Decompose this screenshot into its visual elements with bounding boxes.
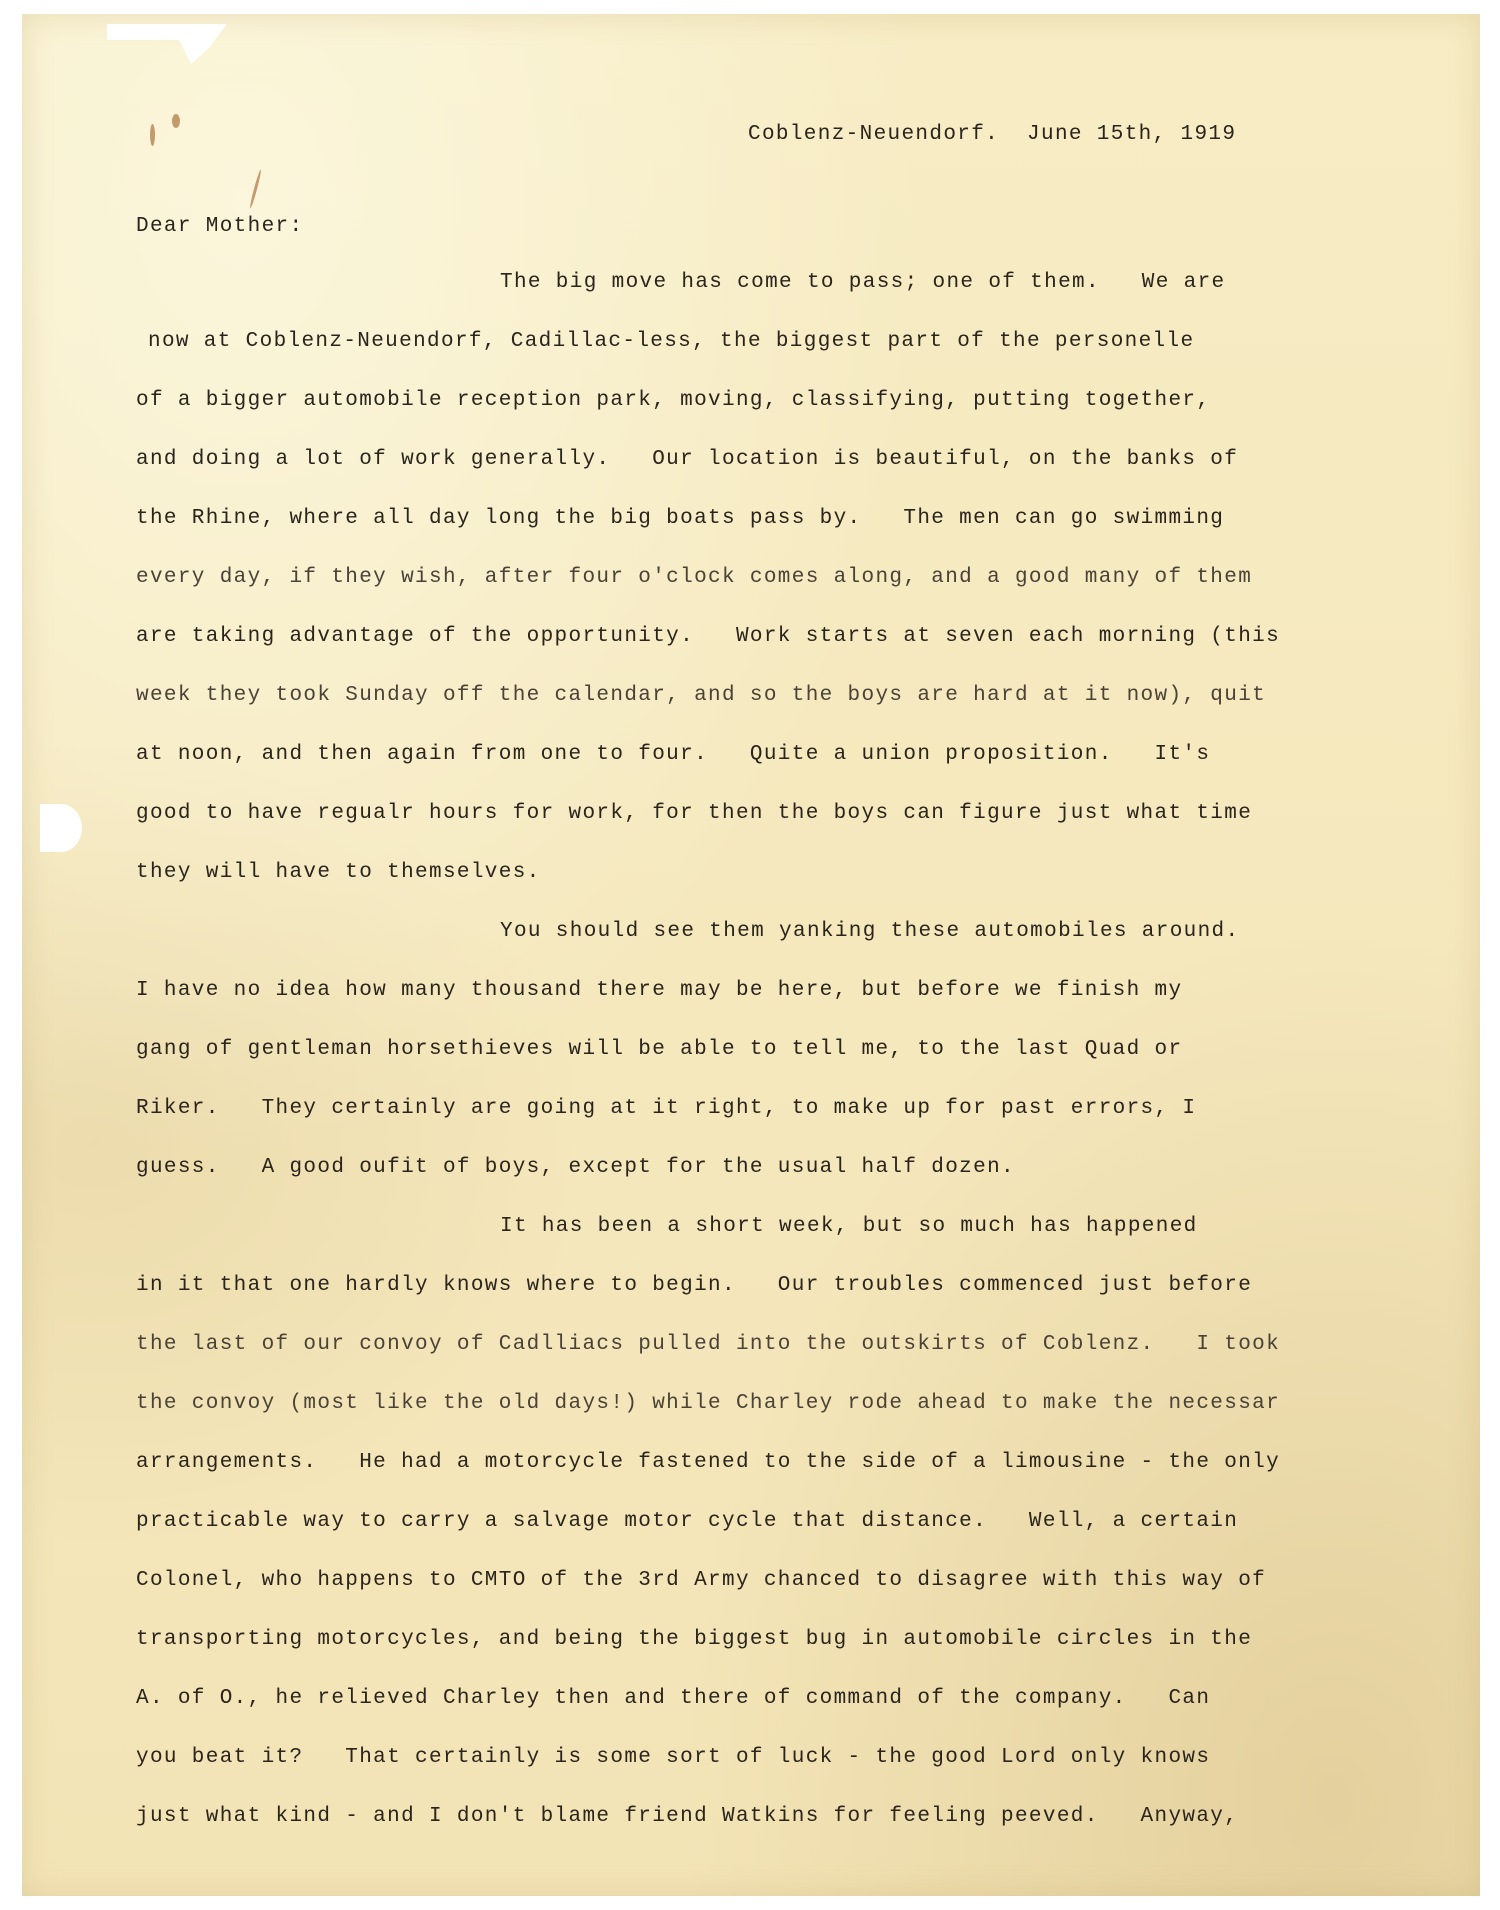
body-line: in it that one hardly knows where to beg… — [136, 1273, 1252, 1299]
rust-stain — [150, 124, 155, 146]
body-line: of a bigger automobile reception park, m… — [136, 388, 1210, 414]
body-line: and doing a lot of work generally. Our l… — [136, 447, 1238, 473]
body-line: the Rhine, where all day long the big bo… — [136, 506, 1224, 532]
torn-corner — [107, 24, 227, 64]
body-line: guess. A good oufit of boys, except for … — [136, 1155, 1015, 1181]
body-line: You should see them yanking these automo… — [500, 919, 1239, 945]
letter-page — [22, 14, 1480, 1896]
body-line: the convoy (most like the old days!) whi… — [136, 1391, 1280, 1417]
body-line: Riker. They certainly are going at it ri… — [136, 1096, 1196, 1122]
body-line: every day, if they wish, after four o'cl… — [136, 565, 1252, 591]
body-line: Colonel, who happens to CMTO of the 3rd … — [136, 1568, 1266, 1594]
torn-edge-notch — [40, 804, 82, 852]
body-line: The big move has come to pass; one of th… — [500, 270, 1226, 296]
body-line: week they took Sunday off the calendar, … — [136, 683, 1266, 709]
rust-stain — [172, 114, 180, 128]
salutation: Dear Mother: — [136, 214, 303, 240]
body-line: are taking advantage of the opportunity.… — [136, 624, 1280, 650]
body-line: It has been a short week, but so much ha… — [500, 1214, 1198, 1240]
dateline: Coblenz-Neuendorf. June 15th, 1919 — [748, 122, 1236, 148]
body-line: the last of our convoy of Cadlliacs pull… — [136, 1332, 1280, 1358]
rust-stain — [249, 169, 262, 208]
body-line: at noon, and then again from one to four… — [136, 742, 1210, 768]
body-line: they will have to themselves. — [136, 860, 541, 886]
body-line: now at Coblenz-Neuendorf, Cadillac-less,… — [148, 329, 1194, 355]
body-line: practicable way to carry a salvage motor… — [136, 1509, 1238, 1535]
body-line: good to have regualr hours for work, for… — [136, 801, 1252, 827]
body-line: you beat it? That certainly is some sort… — [136, 1745, 1210, 1771]
body-line: gang of gentleman horsethieves will be a… — [136, 1037, 1182, 1063]
body-line: arrangements. He had a motorcycle fasten… — [136, 1450, 1280, 1476]
body-line: transporting motorcycles, and being the … — [136, 1627, 1252, 1653]
body-line: just what kind - and I don't blame frien… — [136, 1804, 1238, 1830]
body-line: I have no idea how many thousand there m… — [136, 978, 1182, 1004]
body-line: A. of O., he relieved Charley then and t… — [136, 1686, 1210, 1712]
